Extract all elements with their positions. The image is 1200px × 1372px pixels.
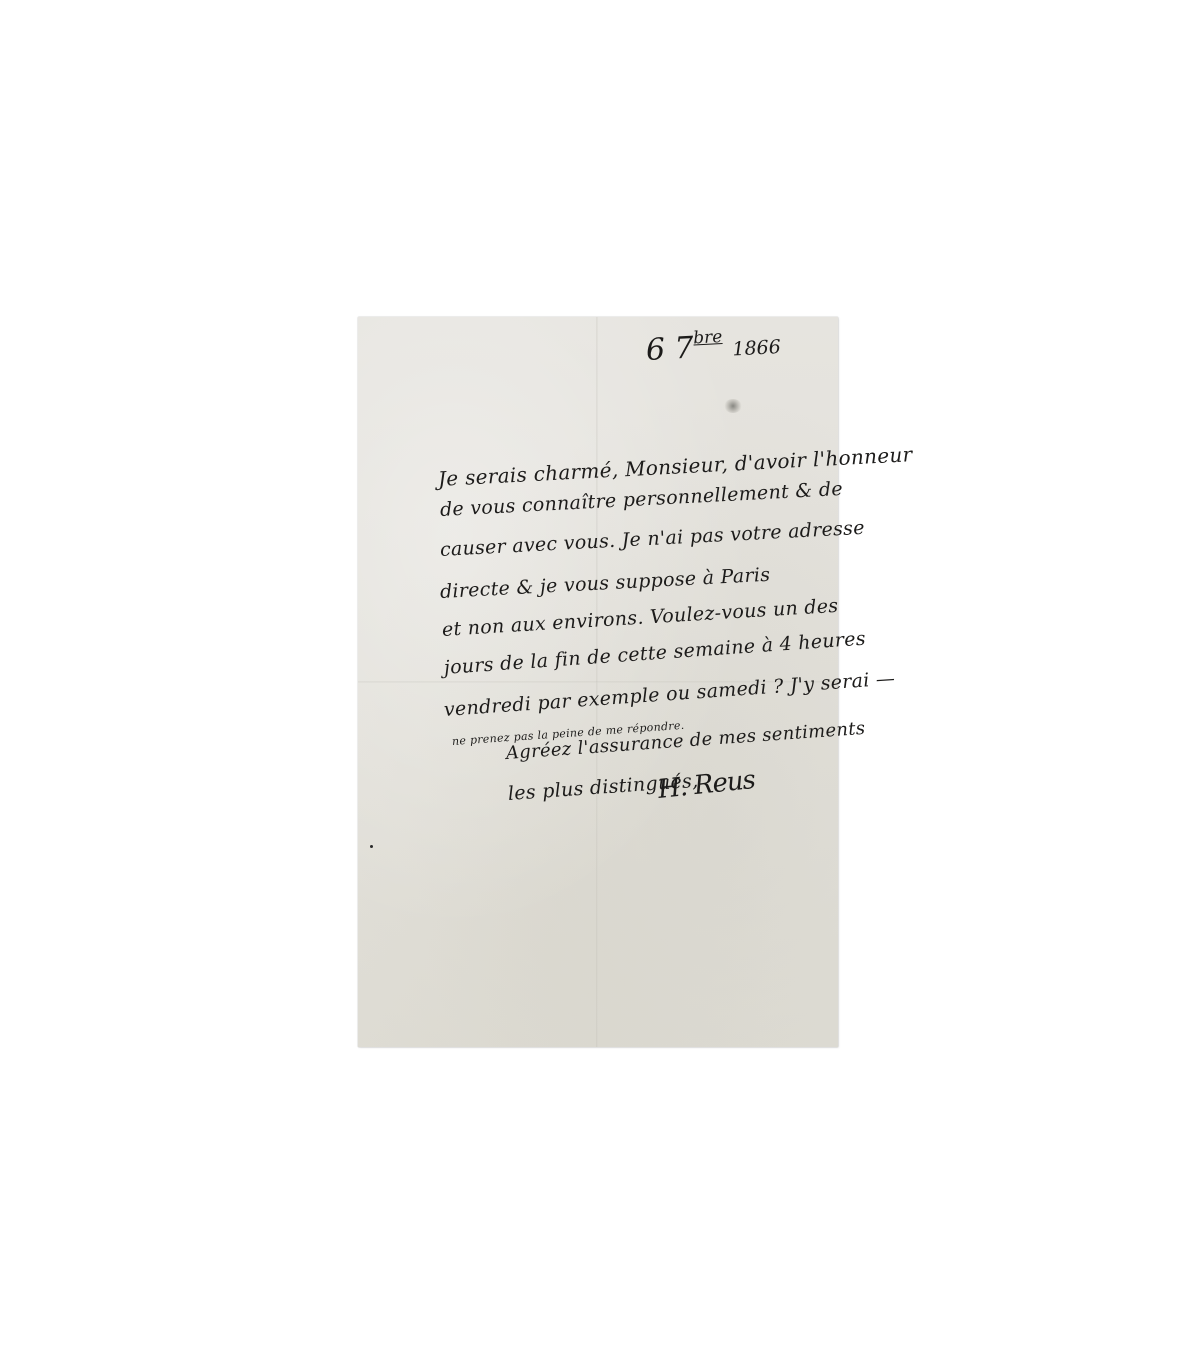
letter-line: Agréez l'assurance de mes sentiments [505,718,866,764]
date-day: 6 [645,332,666,368]
letter-line: causer avec vous. Je n'ai pas votre adre… [439,517,865,561]
ink-smudge [724,399,742,413]
letter-line: vendredi par exemple ou samedi ? J'y ser… [443,667,896,720]
letter-line: directe & je vous suppose à Paris [439,564,770,603]
date-year: 1866 [732,336,781,361]
date-month-suffix: bre [693,327,723,348]
letter-sheet: 6 7bre 1866 Je serais charmé, Monsieur, … [358,317,838,1047]
date-month: 7 [674,331,695,367]
ink-dot [370,845,373,848]
letter-date: 6 7bre 1866 [645,324,781,368]
